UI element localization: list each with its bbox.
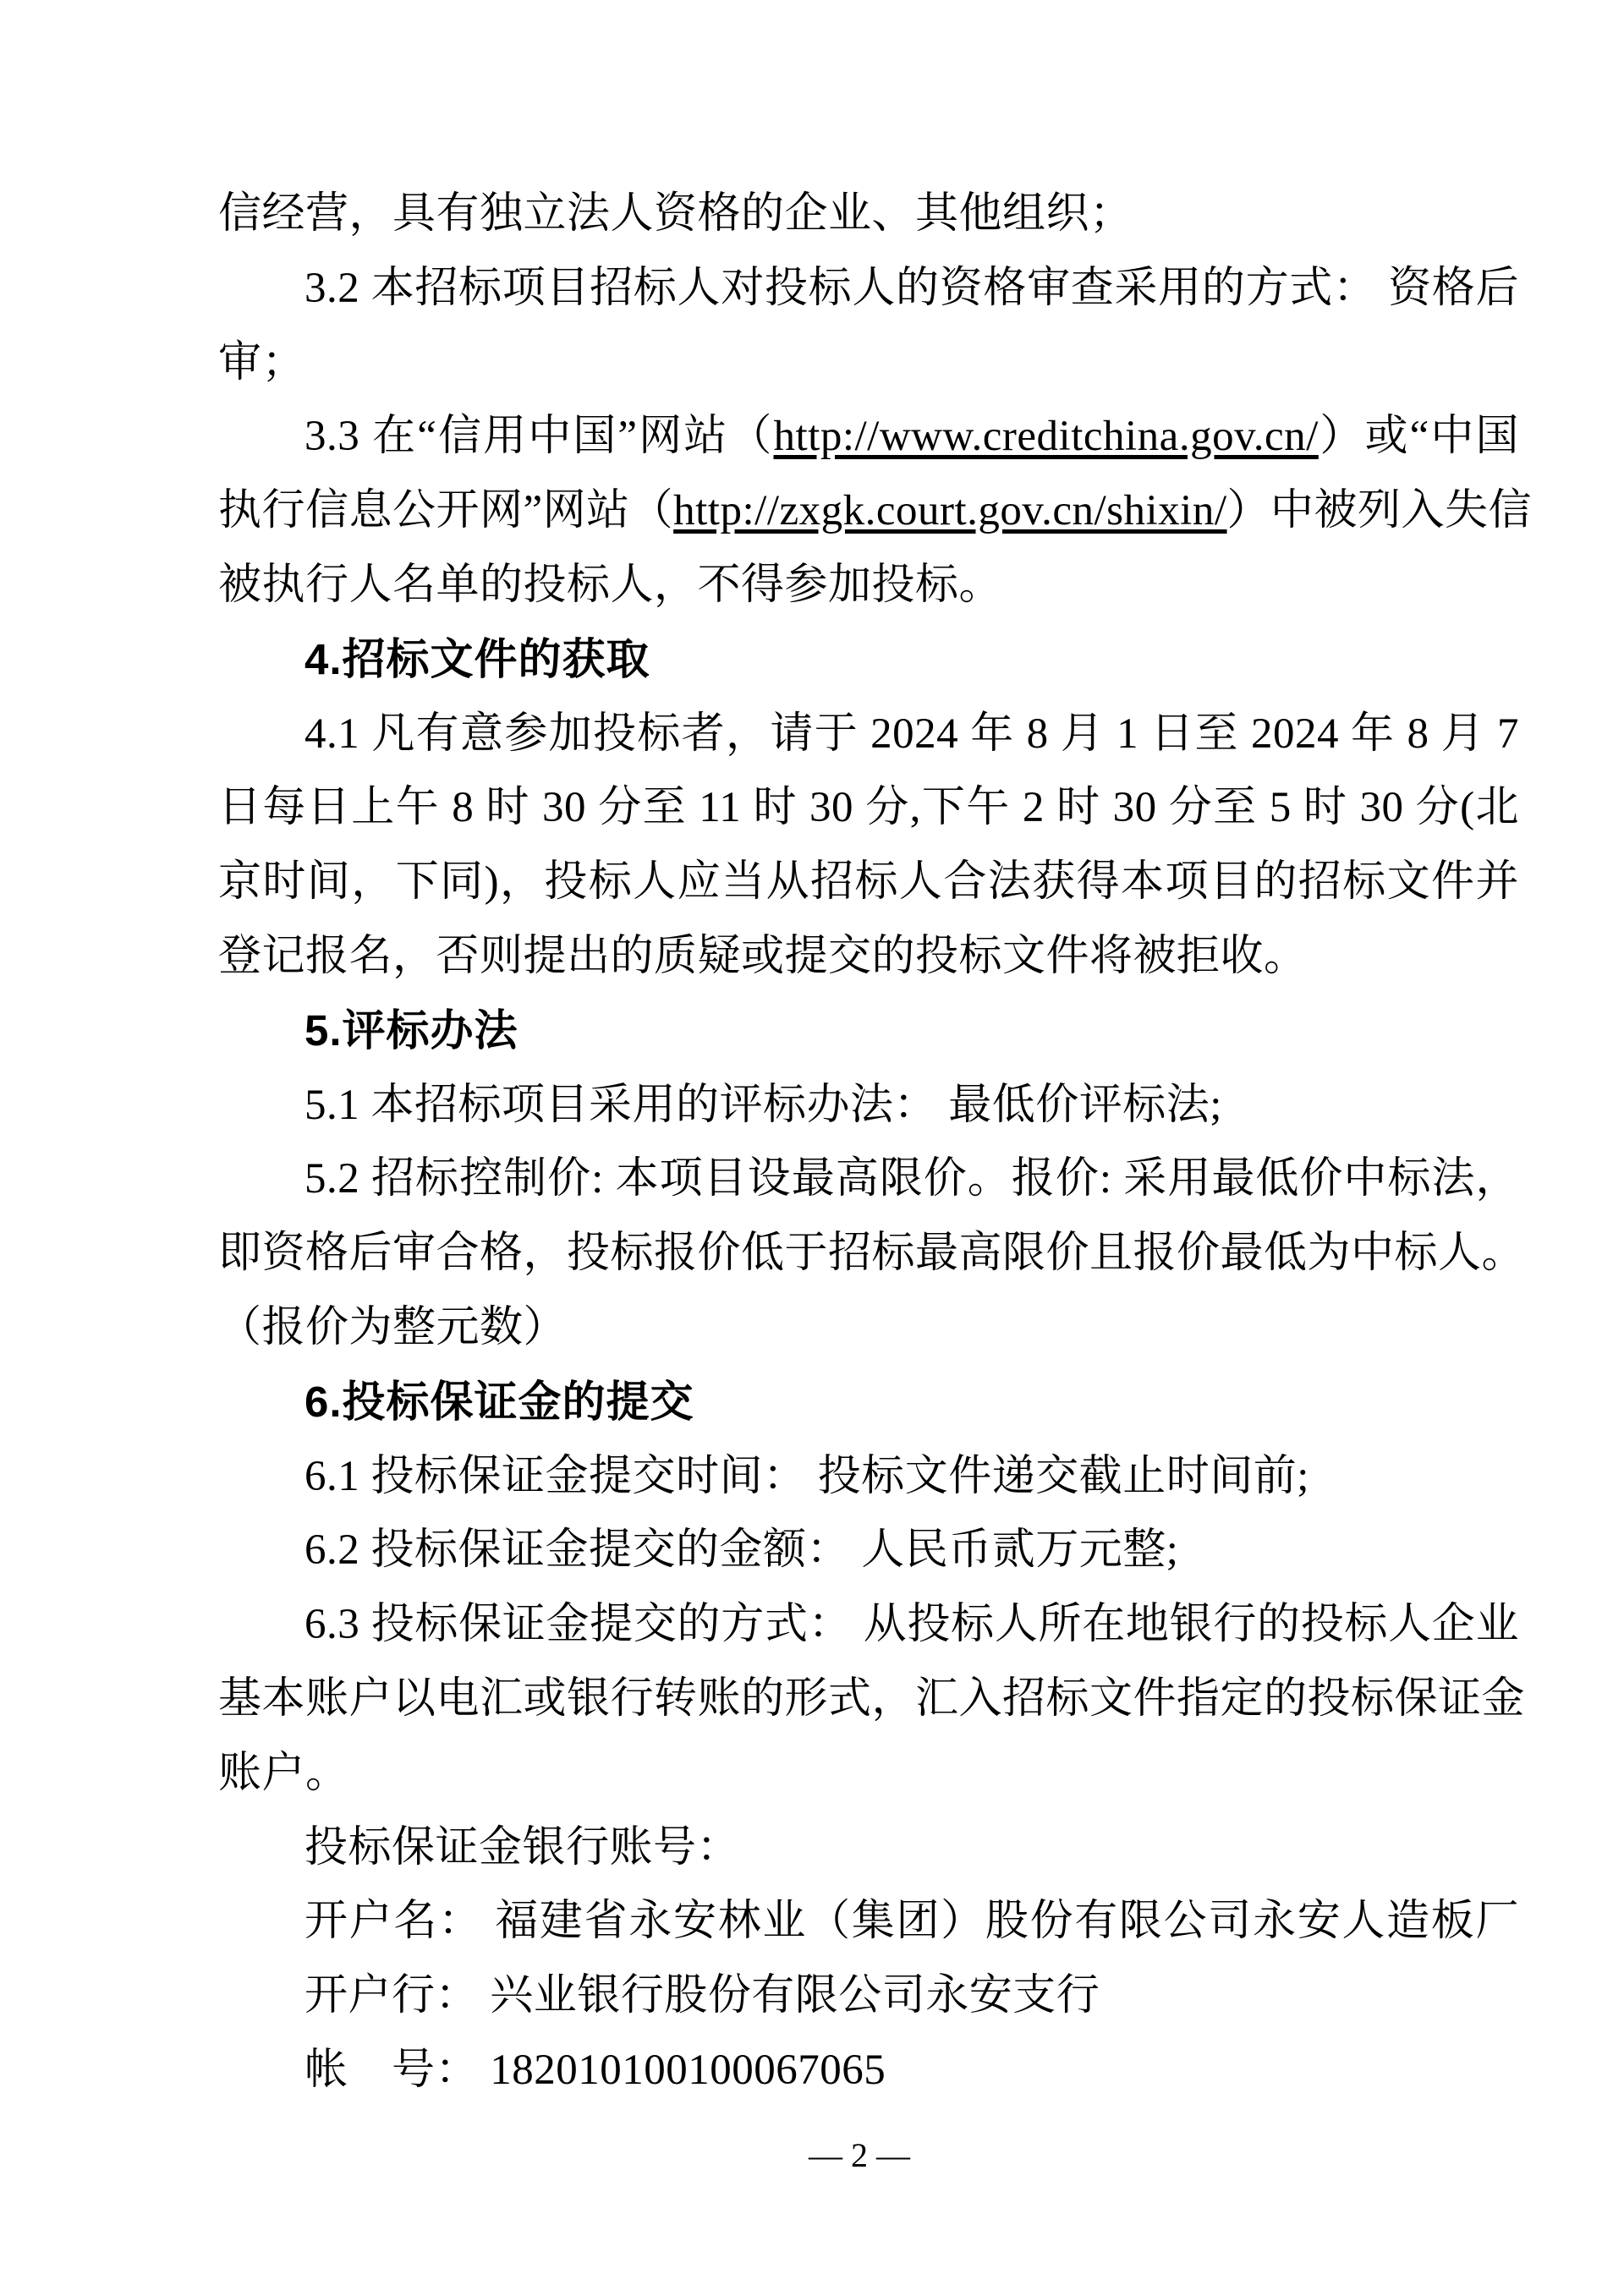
body-text-line: 执行信息公开网”网站（http://zxgk.court.gov.cn/shix… bbox=[218, 484, 1519, 538]
body-text-line: （报价为整元数） bbox=[218, 1301, 1519, 1355]
body-text-line: 即资格后审合格，投标报价低于招标最高限价且报价最低为中标人。 bbox=[218, 1226, 1519, 1280]
document-page: 信经营，具有独立法人资格的企业、其他组织； 3.2 本招标项目招标人对投标人的资… bbox=[0, 0, 1624, 2296]
body-text-line: 日每日上午 8 时 30 分至 11 时 30 分,下午 2 时 30 分至 5… bbox=[218, 781, 1519, 835]
body-text-line: 基本账户以电汇或银行转账的形式，汇入招标文件指定的投标保证金 bbox=[218, 1672, 1519, 1726]
zxgk-court-url-text: http://zxgk.court.gov.cn/shixin/ bbox=[673, 487, 1226, 534]
clause-6-2-line: 6.2 投标保证金提交的金额： 人民币贰万元整; bbox=[218, 1523, 1519, 1577]
account-name-line: 开户名： 福建省永安林业（集团）股份有限公司永安人造板厂 bbox=[218, 1894, 1519, 1948]
account-number-line: 帐 号： 182010100100067065 bbox=[218, 2043, 1519, 2097]
body-text-segment: 3.3 在“信用中国”网站（ bbox=[304, 413, 774, 460]
page-number: — 2 — bbox=[0, 2133, 1624, 2178]
body-text-line: 登记报名，否则提出的质疑或提交的投标文件将被拒收。 bbox=[218, 929, 1519, 984]
body-text-line: 京时间，下同)，投标人应当从招标人合法获得本项目的招标文件并 bbox=[218, 855, 1519, 909]
body-text-line: 信经营，具有独立法人资格的企业、其他组织； bbox=[218, 187, 1519, 241]
body-text-line: 被执行人名单的投标人，不得参加投标。 bbox=[218, 558, 1519, 612]
clause-6-3-line: 6.3 投标保证金提交的方式： 从投标人所在地银行的投标人企业 bbox=[218, 1597, 1519, 1652]
clause-3-2-line: 3.2 本招标项目招标人对投标人的资格审查采用的方式： 资格后 bbox=[218, 261, 1519, 315]
body-text-segment: ）中被列入失信 bbox=[1227, 487, 1533, 534]
section-5-heading: 5.评标办法 bbox=[218, 1004, 1519, 1058]
section-4-heading: 4.招标文件的获取 bbox=[218, 633, 1519, 687]
bank-branch-line: 开户行： 兴业银行股份有限公司永安支行 bbox=[218, 1969, 1519, 2023]
clause-5-2-line: 5.2 招标控制价: 本项目设最高限价。报价: 采用最低价中标法， bbox=[218, 1152, 1519, 1206]
body-text-line: 账户。 bbox=[218, 1746, 1519, 1800]
body-text-line: 审； bbox=[218, 336, 1519, 390]
creditchina-url-text: http://www.creditchina.gov.cn/ bbox=[774, 413, 1319, 460]
clause-4-1-line: 4.1 凡有意参加投标者，请于 2024 年 8 月 1 日至 2024 年 8… bbox=[218, 707, 1519, 761]
clause-3-3-line: 3.3 在“信用中国”网站（http://www.creditchina.gov… bbox=[218, 409, 1519, 463]
body-text-segment: 执行信息公开网”网站（ bbox=[218, 487, 673, 534]
deposit-account-title-line: 投标保证金银行账号： bbox=[218, 1821, 1519, 1875]
section-6-heading: 6.投标保证金的提交 bbox=[218, 1375, 1519, 1429]
body-text-segment: ）或“中国 bbox=[1319, 413, 1519, 460]
clause-5-1-line: 5.1 本招标项目采用的评标办法： 最低价评标法; bbox=[218, 1078, 1519, 1132]
clause-6-1-line: 6.1 投标保证金提交时间： 投标文件递交截止时间前; bbox=[218, 1449, 1519, 1504]
